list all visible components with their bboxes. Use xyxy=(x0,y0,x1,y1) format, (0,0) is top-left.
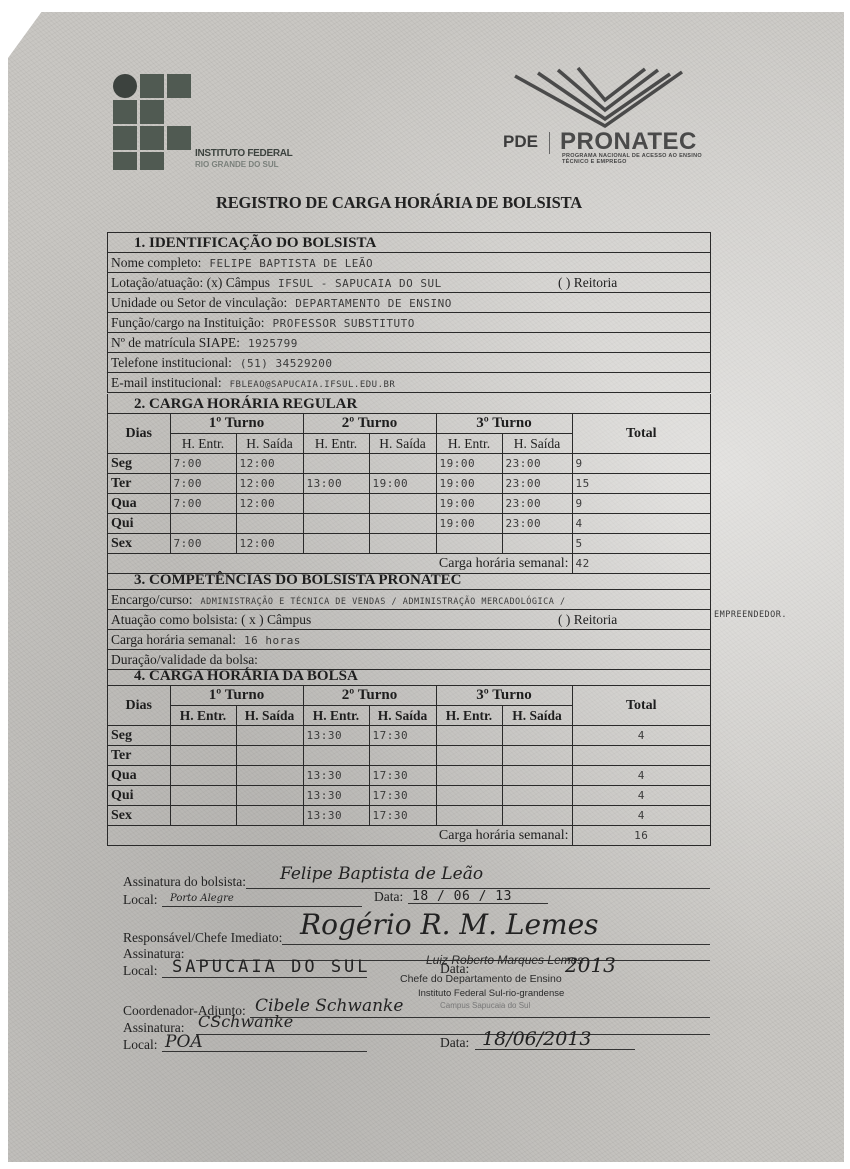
section-heading: 1. IDENTIFICAÇÃO DO BOLSISTA xyxy=(108,233,710,253)
field-label: Carga horária semanal: xyxy=(111,632,236,647)
day-cell: Seg xyxy=(108,454,170,474)
table-row: Seg 7:00 12:00 19:00 23:00 9 xyxy=(108,454,710,474)
stamp-name: Luiz Roberto Marques Lemes xyxy=(426,953,583,967)
time-cell[interactable]: 17:30 xyxy=(369,786,436,806)
time-cell[interactable] xyxy=(436,746,502,766)
time-cell[interactable] xyxy=(436,766,502,786)
total-cell[interactable]: 9 xyxy=(572,454,710,474)
time-cell[interactable]: 12:00 xyxy=(236,534,303,554)
time-cell[interactable]: 12:00 xyxy=(236,454,303,474)
section-heading: 2. CARGA HORÁRIA REGULAR xyxy=(108,394,710,414)
total-cell[interactable]: 4 xyxy=(572,514,710,534)
time-cell[interactable] xyxy=(170,726,236,746)
table-row: Sex 13:30 17:30 4 xyxy=(108,806,710,826)
col-h-entr: H. Entr. xyxy=(436,434,502,454)
weekly-total-label: Carga horária semanal: xyxy=(108,826,572,846)
time-cell[interactable]: 19:00 xyxy=(436,454,502,474)
time-cell[interactable] xyxy=(170,766,236,786)
field-value[interactable]: 16 horas xyxy=(244,634,301,647)
time-cell[interactable]: 13:30 xyxy=(303,766,369,786)
time-cell[interactable] xyxy=(236,766,303,786)
time-cell[interactable] xyxy=(303,746,369,766)
pronatec-book-icon xyxy=(510,64,690,134)
section-carga-bolsa: 4. CARGA HORÁRIA DA BOLSA Dias 1º Turno … xyxy=(107,666,711,846)
time-cell[interactable] xyxy=(369,454,436,474)
data1-label: Data: xyxy=(374,889,403,905)
total-cell[interactable]: 4 xyxy=(572,726,710,746)
field-value[interactable]: PROFESSOR SUBSTITUTO xyxy=(272,317,414,330)
section-competencias: 3. COMPETÊNCIAS DO BOLSISTA PRONATEC Enc… xyxy=(107,570,711,670)
field-funcao: Função/cargo na Instituição:PROFESSOR SU… xyxy=(108,313,710,333)
time-cell[interactable]: 17:30 xyxy=(369,726,436,746)
time-cell[interactable] xyxy=(303,454,369,474)
field-label: Atuação como bolsista: xyxy=(111,612,238,627)
field-label: Nome completo: xyxy=(111,255,201,270)
col-h-saida: H. Saída xyxy=(369,706,436,726)
col-h-entr: H. Entr. xyxy=(170,706,236,726)
time-cell[interactable] xyxy=(502,746,572,766)
campus-checkbox[interactable]: (x) xyxy=(207,275,223,290)
time-cell[interactable]: 13:30 xyxy=(303,806,369,826)
time-cell[interactable]: 13:30 xyxy=(303,786,369,806)
chefe-line xyxy=(282,944,710,945)
time-cell[interactable]: 23:00 xyxy=(502,494,572,514)
field-label: E-mail institucional: xyxy=(111,375,222,390)
instituto-federal-logo-icon xyxy=(113,74,198,169)
col-h-entr: H. Entr. xyxy=(303,434,369,454)
day-cell: Sex xyxy=(108,534,170,554)
coord-line xyxy=(250,1017,710,1018)
if-logo-line2: RIO GRANDE DO SUL xyxy=(195,160,279,169)
chefe-label: Responsável/Chefe Imediato: xyxy=(123,930,282,946)
field-label: Nº de matrícula SIAPE: xyxy=(111,335,240,350)
local2-label: Local: xyxy=(123,963,157,979)
bolsista-signature[interactable]: Felipe Baptista de Leão xyxy=(280,864,483,884)
total-cell[interactable]: 5 xyxy=(572,534,710,554)
time-cell[interactable] xyxy=(170,746,236,766)
field-value[interactable]: (51) 34529200 xyxy=(240,357,333,370)
field-email: E-mail institucional:FBLEAO@SAPUCAIA.IFS… xyxy=(108,373,710,392)
time-cell[interactable] xyxy=(170,514,236,534)
time-cell[interactable]: 19:00 xyxy=(369,474,436,494)
total-cell[interactable]: 4 xyxy=(572,766,710,786)
time-cell[interactable] xyxy=(502,766,572,786)
time-cell[interactable] xyxy=(170,786,236,806)
time-cell[interactable] xyxy=(303,534,369,554)
pde-label: PDE xyxy=(503,132,538,152)
total-cell[interactable]: 15 xyxy=(572,474,710,494)
col-turno-1: 1º Turno xyxy=(170,686,303,706)
field-label: Telefone institucional: xyxy=(111,355,232,370)
time-cell[interactable] xyxy=(436,534,502,554)
col-total: Total xyxy=(572,414,710,454)
table-row: Qui 13:30 17:30 4 xyxy=(108,786,710,806)
stamp-role: Chefe do Departamento de Ensino xyxy=(400,973,562,985)
field-atuacao: Atuação como bolsista: ( x ) Câmpus ( ) … xyxy=(108,610,710,630)
table-row: Qua 7:00 12:00 19:00 23:00 9 xyxy=(108,494,710,514)
total-cell[interactable] xyxy=(572,746,710,766)
field-value[interactable]: IFSUL - SAPUCAIA DO SUL xyxy=(278,277,442,290)
day-cell: Qua xyxy=(108,766,170,786)
field-value[interactable]: FBLEAO@SAPUCAIA.IFSUL.EDU.BR xyxy=(230,380,396,390)
time-cell[interactable]: 7:00 xyxy=(170,494,236,514)
day-cell: Ter xyxy=(108,746,170,766)
local1-label: Local: xyxy=(123,892,157,908)
bolsista-signature-label: Assinatura do bolsista: xyxy=(123,874,246,890)
local3-value[interactable]: POA xyxy=(165,1032,203,1052)
time-cell[interactable]: 13:30 xyxy=(303,726,369,746)
total-cell[interactable]: 9 xyxy=(572,494,710,514)
field-encargo: Encargo/curso:ADMINISTRAÇÃO E TÉCNICA DE… xyxy=(108,590,710,610)
if-logo-line1: INSTITUTO FEDERAL xyxy=(195,148,293,159)
table-row: Qua 13:30 17:30 4 xyxy=(108,766,710,786)
field-telefone: Telefone institucional:(51) 34529200 xyxy=(108,353,710,373)
col-dias: Dias xyxy=(108,686,170,726)
local3-label: Local: xyxy=(123,1037,157,1053)
local2-line xyxy=(162,977,367,978)
page-title: REGISTRO DE CARGA HORÁRIA DE BOLSISTA xyxy=(216,193,582,213)
time-cell[interactable] xyxy=(502,726,572,746)
local1-line xyxy=(162,906,362,907)
time-cell[interactable]: 12:00 xyxy=(236,474,303,494)
time-cell[interactable]: 12:00 xyxy=(236,494,303,514)
field-label: Duração/validade da bolsa: xyxy=(111,652,258,667)
day-cell: Qui xyxy=(108,786,170,806)
pronatec-label: PRONATEC xyxy=(560,128,697,156)
time-cell[interactable] xyxy=(502,786,572,806)
field-nome: Nome completo:FELIPE BAPTISTA DE LEÃO xyxy=(108,253,710,273)
data1-value[interactable]: 18 / 06 / 13 xyxy=(412,889,512,904)
time-cell[interactable] xyxy=(236,786,303,806)
field-label: Encargo/curso: xyxy=(111,592,192,607)
col-turno-2: 2º Turno xyxy=(303,686,436,706)
time-cell[interactable] xyxy=(369,534,436,554)
field-siape: Nº de matrícula SIAPE:1925799 xyxy=(108,333,710,353)
time-cell[interactable] xyxy=(303,494,369,514)
field-value[interactable]: 1925799 xyxy=(248,337,298,350)
time-cell[interactable]: 19:00 xyxy=(436,494,502,514)
local2-value[interactable]: SAPUCAIA DO SUL xyxy=(172,957,371,977)
field-value[interactable]: ADMINISTRAÇÃO E TÉCNICA DE VENDAS / ADMI… xyxy=(200,597,565,607)
col-h-saida: H. Saída xyxy=(369,434,436,454)
time-cell[interactable]: 23:00 xyxy=(502,454,572,474)
reitoria-checkbox[interactable]: ( ) Reitoria xyxy=(558,610,617,629)
col-turno-1: 1º Turno xyxy=(170,414,303,434)
day-cell: Qui xyxy=(108,514,170,534)
col-h-saida: H. Saída xyxy=(236,434,303,454)
regular-schedule-table: Dias 1º Turno 2º Turno 3º Turno Total H.… xyxy=(108,414,710,573)
time-cell[interactable] xyxy=(502,806,572,826)
campus-checkbox[interactable]: ( x ) Câmpus xyxy=(241,612,311,627)
weekly-total-value[interactable]: 16 xyxy=(572,826,710,846)
time-cell[interactable]: 7:00 xyxy=(170,454,236,474)
table-row: Sex 7:00 12:00 5 xyxy=(108,534,710,554)
day-cell: Qua xyxy=(108,494,170,514)
col-total: Total xyxy=(572,686,710,726)
weekly-total-row: Carga horária semanal: 16 xyxy=(108,826,710,846)
table-row: Seg 13:30 17:30 4 xyxy=(108,726,710,746)
time-cell[interactable] xyxy=(236,514,303,534)
time-cell[interactable] xyxy=(369,746,436,766)
time-cell[interactable] xyxy=(369,514,436,534)
section-heading: 4. CARGA HORÁRIA DA BOLSA xyxy=(108,666,710,686)
field-unidade: Unidade ou Setor de vinculação:DEPARTAME… xyxy=(108,293,710,313)
time-cell[interactable]: 23:00 xyxy=(502,474,572,494)
table-row: Ter 7:00 12:00 13:00 19:00 19:00 23:00 1… xyxy=(108,474,710,494)
field-value[interactable]: FELIPE BAPTISTA DE LEÃO xyxy=(209,257,373,270)
col-h-entr: H. Entr. xyxy=(170,434,236,454)
time-cell[interactable] xyxy=(303,514,369,534)
section-identificacao: 1. IDENTIFICAÇÃO DO BOLSISTA Nome comple… xyxy=(107,232,711,393)
reitoria-checkbox[interactable]: ( ) Reitoria xyxy=(558,273,617,292)
assinatura3-value[interactable]: CSchwanke xyxy=(198,1012,293,1031)
time-cell[interactable]: 19:00 xyxy=(436,514,502,534)
table-row: Ter xyxy=(108,746,710,766)
col-turno-3: 3º Turno xyxy=(436,686,572,706)
data3-value[interactable]: 18/06/2013 xyxy=(482,1028,592,1050)
time-cell[interactable] xyxy=(369,494,436,514)
time-cell[interactable]: 17:30 xyxy=(369,766,436,786)
stamp-campus: Campus Sapucaia do Sul xyxy=(440,1001,530,1010)
day-cell: Sex xyxy=(108,806,170,826)
col-h-entr: H. Entr. xyxy=(436,706,502,726)
field-value[interactable]: DEPARTAMENTO DE ENSINO xyxy=(295,297,452,310)
field-label: Unidade ou Setor de vinculação: xyxy=(111,295,287,310)
time-cell[interactable] xyxy=(170,806,236,826)
col-h-entr: H. Entr. xyxy=(303,706,369,726)
field-label: Lotação/atuação: xyxy=(111,275,203,290)
campus-option-label: Câmpus xyxy=(226,275,270,290)
time-cell[interactable]: 13:00 xyxy=(303,474,369,494)
logo-divider xyxy=(549,132,550,154)
time-cell[interactable]: 7:00 xyxy=(170,534,236,554)
pronatec-tagline: PROGRAMA NACIONAL DE ACESSO AO ENSINO TÉ… xyxy=(562,153,702,165)
total-cell[interactable]: 4 xyxy=(572,786,710,806)
time-cell[interactable] xyxy=(502,534,572,554)
local1-value[interactable]: Porto Alegre xyxy=(170,893,234,904)
time-cell[interactable] xyxy=(236,746,303,766)
col-turno-3: 3º Turno xyxy=(436,414,572,434)
field-label: Função/cargo na Instituição: xyxy=(111,315,264,330)
bolsa-schedule-table: Dias 1º Turno 2º Turno 3º Turno Total H.… xyxy=(108,686,710,845)
field-lotacao: Lotação/atuação: (x) CâmpusIFSUL - SAPUC… xyxy=(108,273,710,293)
time-cell[interactable]: 7:00 xyxy=(170,474,236,494)
time-cell[interactable]: 23:00 xyxy=(502,514,572,534)
time-cell[interactable] xyxy=(236,726,303,746)
col-h-saida: H. Saída xyxy=(502,434,572,454)
day-cell: Seg xyxy=(108,726,170,746)
time-cell[interactable] xyxy=(436,806,502,826)
section-heading: 3. COMPETÊNCIAS DO BOLSISTA PRONATEC xyxy=(108,570,710,590)
col-h-saida: H. Saída xyxy=(236,706,303,726)
stamp-institution: Instituto Federal Sul-rio-grandense xyxy=(418,988,564,999)
chefe-signature[interactable]: Rogério R. M. Lemes xyxy=(300,908,599,941)
time-cell[interactable]: 17:30 xyxy=(369,806,436,826)
day-cell: Ter xyxy=(108,474,170,494)
col-dias: Dias xyxy=(108,414,170,454)
time-cell[interactable] xyxy=(436,786,502,806)
table-row: Qui 19:00 23:00 4 xyxy=(108,514,710,534)
col-turno-2: 2º Turno xyxy=(303,414,436,434)
data3-label: Data: xyxy=(440,1035,469,1051)
field-carga: Carga horária semanal:16 horas xyxy=(108,630,710,650)
encargo-overflow-note: EMPREENDEDOR. xyxy=(714,610,787,620)
section-carga-regular: 2. CARGA HORÁRIA REGULAR Dias 1º Turno 2… xyxy=(107,394,711,574)
time-cell[interactable] xyxy=(436,726,502,746)
time-cell[interactable]: 19:00 xyxy=(436,474,502,494)
time-cell[interactable] xyxy=(236,806,303,826)
col-h-saida: H. Saída xyxy=(502,706,572,726)
total-cell[interactable]: 4 xyxy=(572,806,710,826)
